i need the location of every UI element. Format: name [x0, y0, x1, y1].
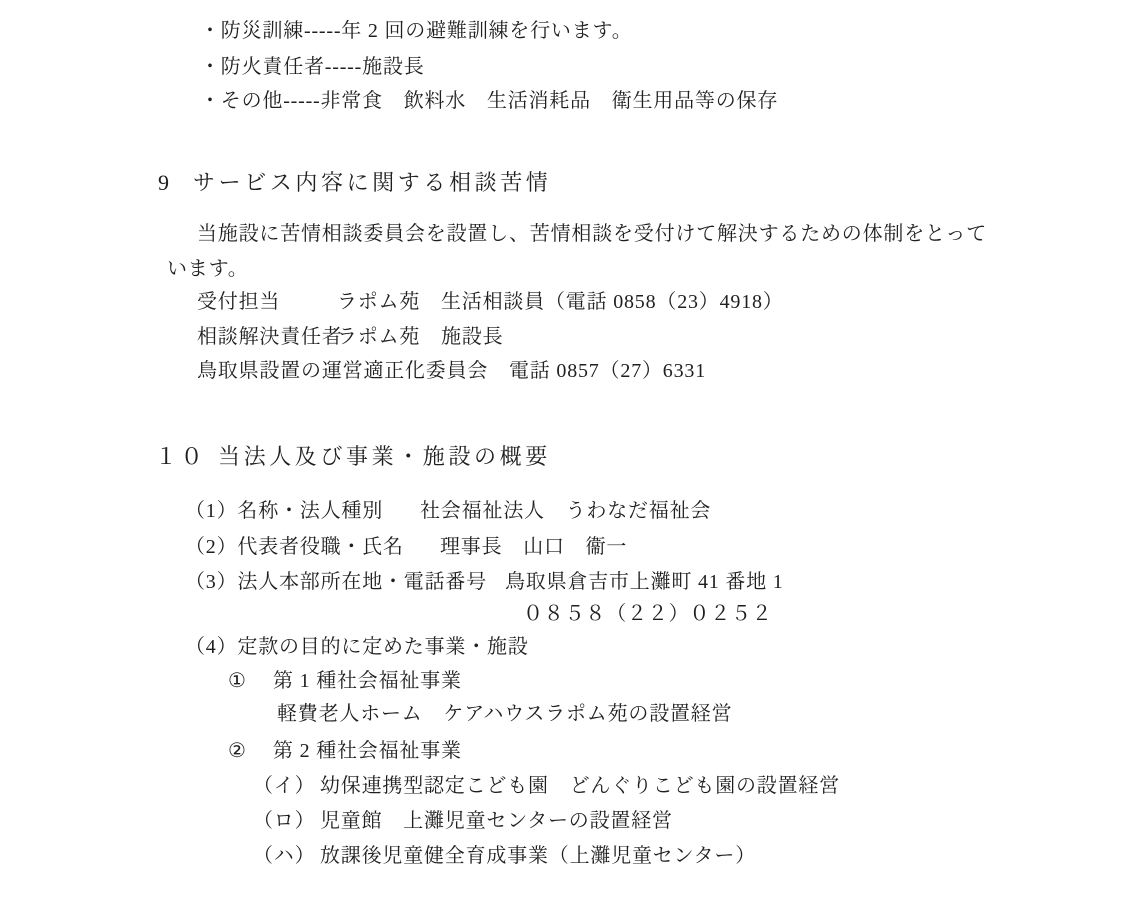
disaster-item-other: ・その他-----非常食 飲料水 生活消耗品 衛生用品等の保存: [200, 90, 778, 113]
section9-paragraph-line2: います。: [167, 258, 249, 281]
section9-number: 9: [158, 170, 173, 195]
subitem-i-text: 幼保連携型認定こども園 どんぐりこども園の設置経営: [320, 775, 840, 798]
subitem-ha-text: 放課後児童健全育成事業（上灘児童センター）: [320, 845, 756, 868]
subitem-ro-marker: （ロ）: [253, 810, 315, 833]
section9-title: サービス内容に関する相談苦情: [193, 170, 551, 195]
contact-reception-value: ラポム苑 生活相談員（電話 0858（23）4918）: [337, 291, 784, 314]
corp-name-label: （1）名称・法人種別: [185, 500, 383, 523]
articles-purpose-label: （4）定款の目的に定めた事業・施設: [185, 636, 529, 659]
disaster-item-fire-manager: ・防火責任者-----施設長: [200, 56, 425, 79]
section9-paragraph-line1: 当施設に苦情相談委員会を設置し、苦情相談を受付けて解決するための体制をとって: [197, 223, 987, 246]
section10-number: １０: [155, 444, 206, 469]
circled-two-marker: ②: [228, 740, 247, 763]
contact-resolver-label: 相談解決責任者: [197, 326, 343, 349]
business-type2-title: 第 2 種社会福祉事業: [273, 740, 462, 763]
corp-representative-value: 理事長 山口 衞一: [440, 536, 627, 559]
document-page: ・防災訓練-----年 2 回の避難訓練を行います。 ・防火責任者-----施設…: [0, 0, 1130, 908]
corp-representative-label: （2）代表者役職・氏名: [185, 536, 404, 559]
corp-address-value: 鳥取県倉吉市上灘町 41 番地 1: [505, 571, 784, 594]
subitem-i-marker: （イ）: [253, 775, 315, 798]
business-type1-detail: 軽費老人ホーム ケアハウスラポム苑の設置経営: [277, 703, 732, 726]
subitem-ro-text: 児童館 上灘児童センターの設置経営: [320, 810, 673, 833]
contact-committee-line: 鳥取県設置の運営適正化委員会 電話 0857（27）6331: [197, 360, 706, 383]
contact-reception-label: 受付担当: [197, 291, 280, 314]
circled-one-marker: ①: [228, 670, 247, 693]
contact-resolver-value: ラポム苑 施設長: [337, 326, 503, 349]
corp-phone-number: ０８５８（２２）０２５２: [523, 603, 773, 626]
corp-address-label: （3）法人本部所在地・電話番号: [185, 571, 487, 594]
disaster-item-training: ・防災訓練-----年 2 回の避難訓練を行います。: [200, 20, 633, 43]
corp-name-value: 社会福祉法人 うわなだ福祉会: [420, 500, 711, 523]
business-type1-title: 第 1 種社会福祉事業: [273, 670, 462, 693]
subitem-ha-marker: （ハ）: [253, 845, 315, 868]
section10-title: 当法人及び事業・施設の概要: [218, 444, 551, 469]
